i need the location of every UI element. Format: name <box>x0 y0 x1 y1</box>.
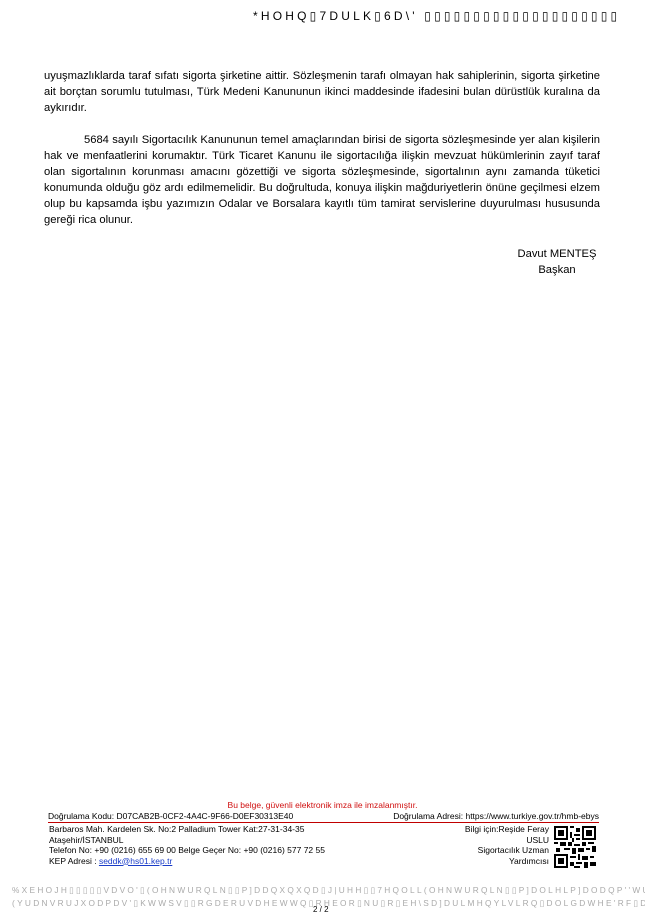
kep-label: KEP Adresi : <box>49 856 99 866</box>
qr-code-icon <box>554 826 596 868</box>
address-line-1: Barbaros Mah. Kardelen Sk. No:2 Palladiu… <box>49 824 325 835</box>
kep-line: KEP Adresi : seddk@hs01.kep.tr <box>49 856 325 867</box>
page-number: 2 / 2 <box>313 905 329 913</box>
info-line-4: Yardımcısı <box>429 856 549 867</box>
verification-address: Doğrulama Adresi: https://www.turkiye.go… <box>393 811 599 821</box>
verification-code: Doğrulama Kodu: D07CAB2B-0CF2-4A4C-9F66-… <box>48 811 293 821</box>
body-paragraph-2: 5684 sayılı Sigortacılık Kanununun temel… <box>44 132 600 228</box>
verification-row: Doğrulama Kodu: D07CAB2B-0CF2-4A4C-9F66-… <box>48 811 599 823</box>
info-line-3: Sigortacılık Uzman <box>429 845 549 856</box>
kep-address-link[interactable]: seddk@hs01.kep.tr <box>99 856 172 866</box>
header-garbled-title: *HOHQ▯7DULK▯6D\' ▯▯▯▯▯▯▯▯▯▯▯▯▯▯▯▯▯▯▯▯ <box>253 9 620 23</box>
phone-line: Telefon No: +90 (0216) 655 69 00 Belge G… <box>49 845 325 856</box>
esign-notice: Bu belge, güvenli elektronik imza ile im… <box>0 800 645 810</box>
signatory-title: Başkan <box>500 262 614 278</box>
address-line-2: Ataşehir/İSTANBUL <box>49 835 325 846</box>
info-line-2: USLU <box>429 835 549 846</box>
info-line-1: Bilgi için:Reşide Feray <box>429 824 549 835</box>
signatory-name: Davut MENTEŞ <box>500 246 614 262</box>
body-paragraph-1: uyuşmazlıklarda taraf sıfatı sigorta şir… <box>44 68 600 116</box>
info-contact-block: Bilgi için:Reşide Feray USLU Sigortacılı… <box>429 824 549 866</box>
signature-block: Davut MENTEŞ Başkan <box>500 246 614 278</box>
contact-block: Barbaros Mah. Kardelen Sk. No:2 Palladiu… <box>49 824 325 866</box>
footer-garbled-line-1: %XEHOJH▯▯▯▯▯VDVO'▯(OHNWURQLN▯▯P]DDQXQXQD… <box>12 885 645 895</box>
